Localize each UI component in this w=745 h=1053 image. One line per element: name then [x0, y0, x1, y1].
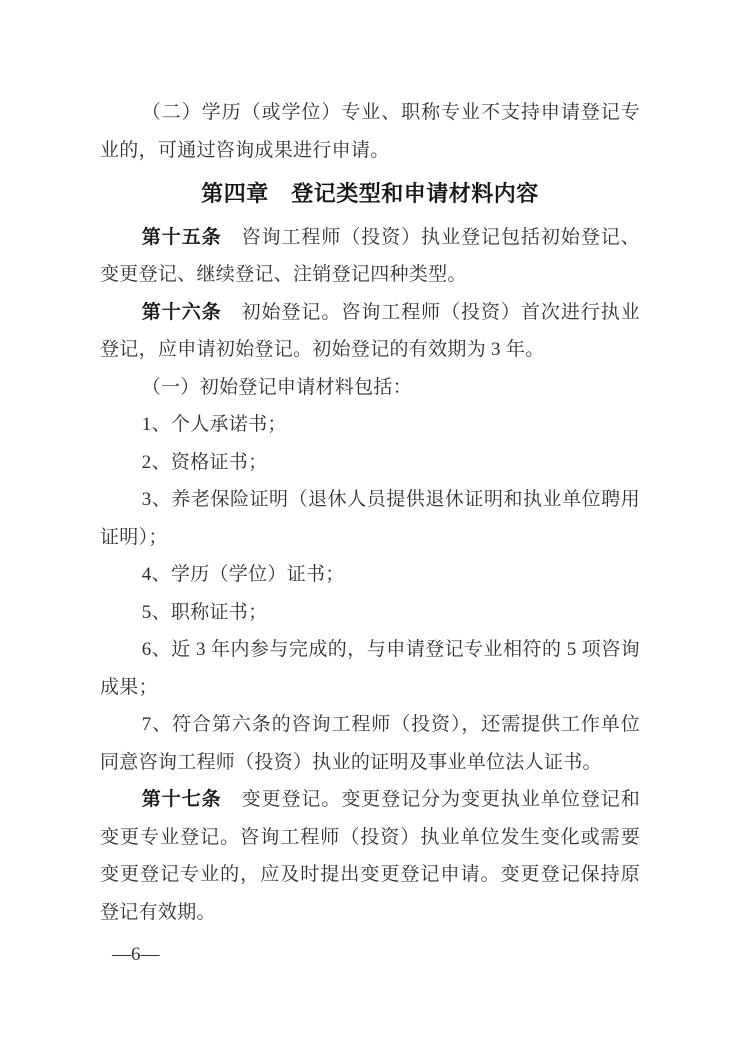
chapter-heading: 第四章 登记类型和申请材料内容: [100, 175, 640, 213]
paragraph: 6、近 3 年内参与完成的，与申请登记专业相符的 5 项咨询成果；: [100, 631, 640, 706]
paragraph: 4、学历（学位）证书；: [100, 556, 640, 594]
article-number-lead: 第十五条: [142, 227, 222, 248]
page-number: —6—: [112, 943, 160, 967]
paragraph: 第十五条咨询工程师（投资）执业登记包括初始登记、变更登记、继续登记、注销登记四种…: [100, 219, 640, 294]
paragraph: 第十七条变更登记。变更登记分为变更执业单位登记和变更专业登记。咨询工程师（投资）…: [100, 781, 640, 931]
article-number-lead: 第十七条: [142, 789, 222, 810]
paragraph: （一）初始登记申请材料包括：: [100, 369, 640, 407]
paragraph: 1、个人承诺书；: [100, 406, 640, 444]
paragraph: 2、资格证书；: [100, 444, 640, 482]
document-body: （二）学历（或学位）专业、职称专业不支持申请登记专业的，可通过咨询成果进行申请。…: [100, 94, 640, 931]
paragraph: 7、符合第六条的咨询工程师（投资），还需提供工作单位同意咨询工程师（投资）执业的…: [100, 706, 640, 781]
paragraph: 5、职称证书；: [100, 594, 640, 632]
document-page: （二）学历（或学位）专业、职称专业不支持申请登记专业的，可通过咨询成果进行申请。…: [0, 0, 745, 1053]
paragraph: 第十六条初始登记。咨询工程师（投资）首次进行执业登记，应申请初始登记。初始登记的…: [100, 294, 640, 369]
paragraph: 3、养老保险证明（退休人员提供退休证明和执业单位聘用证明）；: [100, 481, 640, 556]
paragraph: （二）学历（或学位）专业、职称专业不支持申请登记专业的，可通过咨询成果进行申请。: [100, 94, 640, 169]
article-number-lead: 第十六条: [142, 302, 222, 323]
